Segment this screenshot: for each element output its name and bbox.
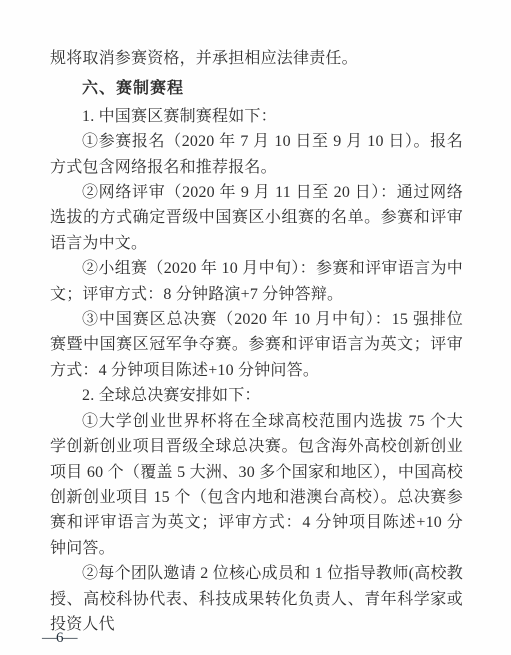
subsection-1-title: 1. 中国赛区赛制赛程如下： — [50, 104, 463, 129]
china-stage-item-1: ①参赛报名（2020 年 7 月 10 日至 9 月 10 日）。报名方式包含网… — [50, 129, 463, 180]
global-final-item-1: ①大学创业世界杯将在全球高校范围内选拔 75 个大学创新创业项目晋级全球总决赛。… — [50, 409, 463, 561]
section-heading-six: 六、赛制赛程 — [50, 76, 463, 101]
subsection-2-title: 2. 全球总决赛安排如下： — [50, 383, 463, 408]
page-number: —6— — [42, 630, 77, 647]
document-page: 规将取消参赛资格，并承担相应法律责任。 六、赛制赛程 1. 中国赛区赛制赛程如下… — [0, 0, 511, 655]
china-stage-item-3: ②小组赛（2020 年 10 月中旬）：参赛和评审语言为中文；评审方式：8 分钟… — [50, 256, 463, 307]
china-stage-item-4: ③中国赛区总决赛（2020 年 10 月中旬）：15 强排位赛暨中国赛区冠军争夺… — [50, 307, 463, 383]
china-stage-item-2: ②网络评审（2020 年 9 月 11 日至 20 日）：通过网络选拔的方式确定… — [50, 180, 463, 256]
page-body: 规将取消参赛资格，并承担相应法律责任。 六、赛制赛程 1. 中国赛区赛制赛程如下… — [50, 46, 463, 637]
paragraph-carryover: 规将取消参赛资格，并承担相应法律责任。 — [50, 46, 463, 71]
global-final-item-2: ②每个团队邀请 2 位核心成员和 1 位指导教师(高校教授、高校科协代表、科技成… — [50, 561, 463, 637]
